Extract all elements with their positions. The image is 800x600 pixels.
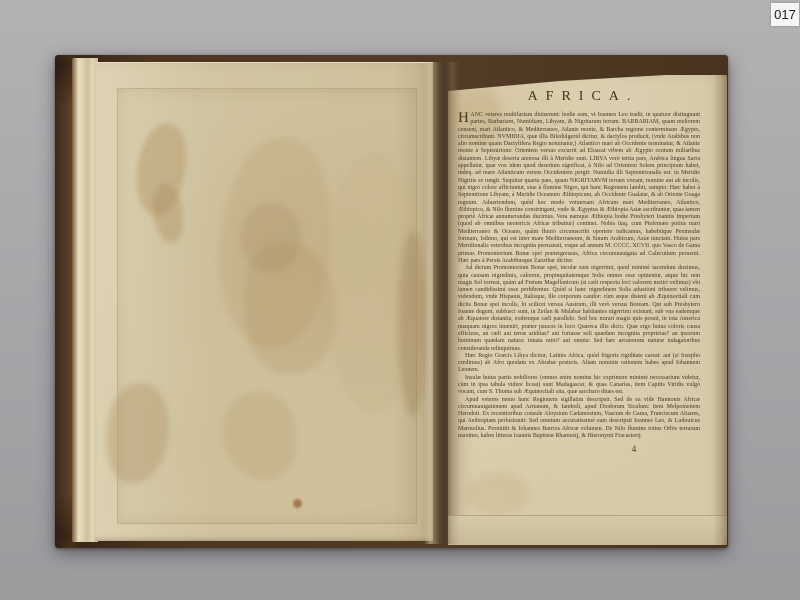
paragraph-text: ANC veteres multifariam diuiserunt: hodi… (458, 112, 700, 264)
paragraph: Ad dictum Promontorium Bonæ spei, incolæ… (458, 265, 700, 353)
drop-cap: H (458, 112, 470, 125)
gutter-stain (398, 231, 428, 416)
photo-label: 017 (771, 3, 799, 26)
page-heading: AFRICA. (458, 89, 700, 105)
page-stain (466, 473, 530, 515)
page-number: 4 (458, 446, 700, 453)
bottom-page-edge (448, 515, 727, 545)
paragraph: HANC veteres multifariam diuiserunt: hod… (458, 112, 700, 265)
paragraph: Hæc Regio Græcis Libya dicitur, Latinis … (458, 353, 700, 375)
photo-background: 017 AFRICA. HANC veteres multifariam diu… (0, 0, 800, 600)
photo-label-text: 017 (774, 7, 796, 22)
paragraph: Apud veteres nemo hanc Regionem sigillat… (458, 397, 700, 441)
fore-edge-shading (713, 75, 727, 545)
body-text: HANC veteres multifariam diuiserunt: hod… (458, 112, 700, 454)
ink-spot (293, 499, 302, 508)
left-page-blank-verso (95, 62, 433, 541)
paragraph: Insulæ huius partis nobiliores (omnes en… (458, 375, 700, 397)
bleedthrough-stain (241, 203, 301, 273)
right-page-text: AFRICA. HANC veteres multifariam diuiser… (448, 75, 727, 545)
